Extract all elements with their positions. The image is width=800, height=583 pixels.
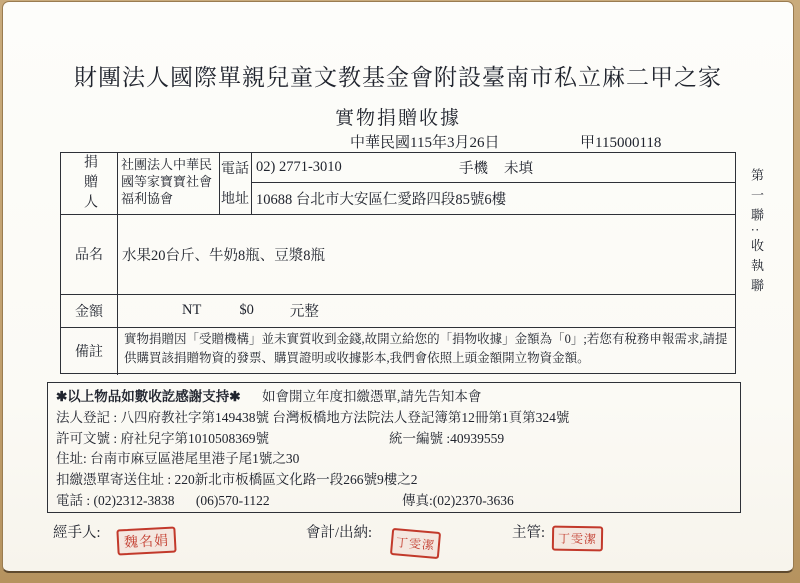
amount-value-cell: NT $0 元整: [117, 294, 737, 327]
accountant-seal-stamp: 丁雯潔: [390, 528, 441, 559]
address-value-cell: 10688 台北市大安區仁愛路四段85號6樓: [251, 182, 737, 214]
phone-label: 電話: [221, 158, 249, 178]
thanks-note: ✱以上物品如數收訖感謝支持✱: [56, 389, 241, 404]
mobile-group: 手機 未填: [459, 153, 533, 182]
remark-label-cell: 備註: [61, 327, 117, 375]
amount-label: 金額: [75, 301, 103, 321]
permit-number: 許可文號 : 府社兒字第1010508369號: [56, 431, 269, 446]
phone-label-cell: 電話: [219, 153, 251, 182]
donor-label: 捐贈人: [79, 154, 99, 214]
tax-id: 統一編號 :40939559: [389, 429, 504, 450]
phone-value: 02) 2771-3010: [256, 159, 342, 176]
amount-value: $0: [239, 302, 254, 319]
remark-text: 實物捐贈因「受贈機構」並未實質收到金錢,故開立給您的「捐物收據」金額為「0」;若…: [117, 327, 737, 375]
address-value: 10688 台北市大安區仁愛路四段85號6樓: [256, 188, 506, 209]
org-phone-line: 電話 : (02)2312-3838 (06)570-1122 傳真:(02)2…: [48, 491, 740, 512]
handler-label: 經手人:: [53, 521, 101, 542]
mobile-label: 手機: [459, 157, 488, 178]
item-value: 水果20台斤、牛奶8瓶、豆漿8瓶: [122, 244, 325, 265]
paper-sheet: 財團法人國際單親兒童文教基金會附設臺南市私立麻二甲之家 實物捐贈收據 中華民國1…: [2, 1, 794, 573]
supervisor-label: 主管:: [512, 521, 545, 542]
doc-date: 中華民國115年3月26日: [350, 131, 499, 152]
org-phone-2: (06)570-1122: [196, 493, 270, 508]
donation-table: 捐贈人 社團法人中華民國等家寶寶社會福利協會 電話 02) 2771-3010 …: [60, 152, 736, 374]
item-label: 品名: [75, 244, 103, 264]
org-info-box: ✱以上物品如數收訖感謝支持✱ 如會開立年度扣繳憑單,請先告知本會 法人登記 : …: [47, 382, 741, 513]
receipt-page: 財團法人國際單親兒童文教基金會附設臺南市私立麻二甲之家 實物捐贈收據 中華民國1…: [0, 0, 800, 583]
mobile-value: 未填: [504, 157, 533, 178]
supervisor-seal-stamp: 丁雯潔: [552, 526, 603, 552]
address-label-cell: 地址: [219, 182, 251, 214]
address-label: 地址: [221, 188, 249, 208]
org-address-line: 住址: 台南市麻豆區港尾里港子尾1號之30: [48, 449, 740, 470]
item-value-cell: 水果20台斤、牛奶8瓶、豆漿8瓶: [117, 214, 737, 294]
donor-label-cell: 捐贈人: [61, 153, 117, 214]
permit-line: 許可文號 : 府社兒字第1010508369號 統一編號 :40939559: [48, 429, 740, 450]
phone-value-cell: 02) 2771-3010 手機 未填: [251, 153, 737, 182]
amount-currency: NT: [182, 302, 201, 319]
org-phone-1: 電話 : (02)2312-3838: [56, 493, 175, 508]
amount-label-cell: 金額: [61, 294, 117, 327]
registration-line: 法人登記 : 八四府教社字第149438號 台灣板橋地方法院法人登記簿第12冊第…: [48, 408, 740, 429]
thanks-line: ✱以上物品如數收訖感謝支持✱ 如會開立年度扣繳憑單,請先告知本會: [48, 387, 740, 408]
amount-suffix: 元整: [290, 300, 319, 321]
copy-label: 第一聯:收執聯: [747, 168, 766, 299]
donor-name: 社團法人中華民國等家寶寶社會福利協會: [117, 153, 219, 214]
page-title: 財團法人國際單親兒童文教基金會附設臺南市私立麻二甲之家: [3, 59, 793, 92]
handler-seal-stamp: 魏名娟: [116, 526, 176, 555]
remark-label: 備註: [75, 341, 103, 361]
withholding-note: 如會開立年度扣繳憑單,請先告知本會: [262, 389, 481, 404]
accountant-label: 會計/出納:: [306, 521, 372, 542]
org-fax: 傳真:(02)2370-3636: [402, 491, 514, 512]
item-label-cell: 品名: [61, 214, 117, 294]
doc-serial-number: 甲115000118: [580, 131, 661, 152]
doc-subtitle: 實物捐贈收據: [3, 103, 793, 130]
mailing-address-line: 扣繳憑單寄送住址 : 220新北市板橋區文化路一段266號9樓之2: [48, 470, 740, 491]
